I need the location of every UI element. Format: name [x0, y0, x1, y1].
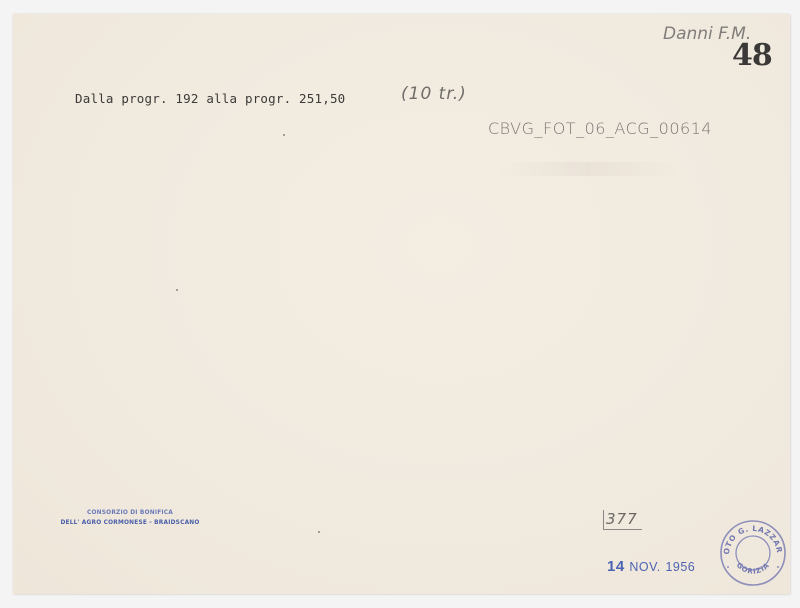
paper-speck [283, 134, 285, 136]
archive-code: CBVG_FOT_06_ACG_00614 [488, 119, 712, 138]
erased-annotation [498, 162, 678, 176]
handwritten-note: (10 tr.) [401, 84, 467, 104]
consortium-stamp-line2: DELL' AGRO CORMONESE - BRAIDSCANO [55, 517, 205, 527]
consortium-stamp: CONSORZIO DI BONIFICA DELL' AGRO CORMONE… [55, 507, 205, 527]
photo-back-card: Danni F.M. 48 Dalla progr. 192 alla prog… [13, 14, 790, 594]
photographer-stamp-bottom-text: GORIZIA [735, 561, 772, 576]
photographer-stamp-top-text: FOTO G. LAZZARO [719, 519, 784, 555]
paper-speck [318, 531, 320, 533]
date-stamp: 14 NOV. 1956 [607, 558, 695, 575]
registry-number: 377 [603, 510, 642, 530]
svg-text:FOTO G. LAZZARO: FOTO G. LAZZARO [719, 519, 784, 555]
sheet-number: 48 [732, 38, 772, 73]
consortium-stamp-line1: CONSORZIO DI BONIFICA [55, 507, 205, 517]
photographer-stamp: FOTO G. LAZZARO GORIZIA [719, 519, 787, 587]
svg-text:GORIZIA: GORIZIA [735, 561, 772, 576]
paper-speck [176, 289, 178, 291]
typed-caption: Dalla progr. 192 alla progr. 251,50 [75, 91, 345, 106]
date-day: 14 [607, 558, 625, 575]
date-month: NOV. [629, 560, 660, 574]
date-year: 1956 [665, 560, 695, 574]
